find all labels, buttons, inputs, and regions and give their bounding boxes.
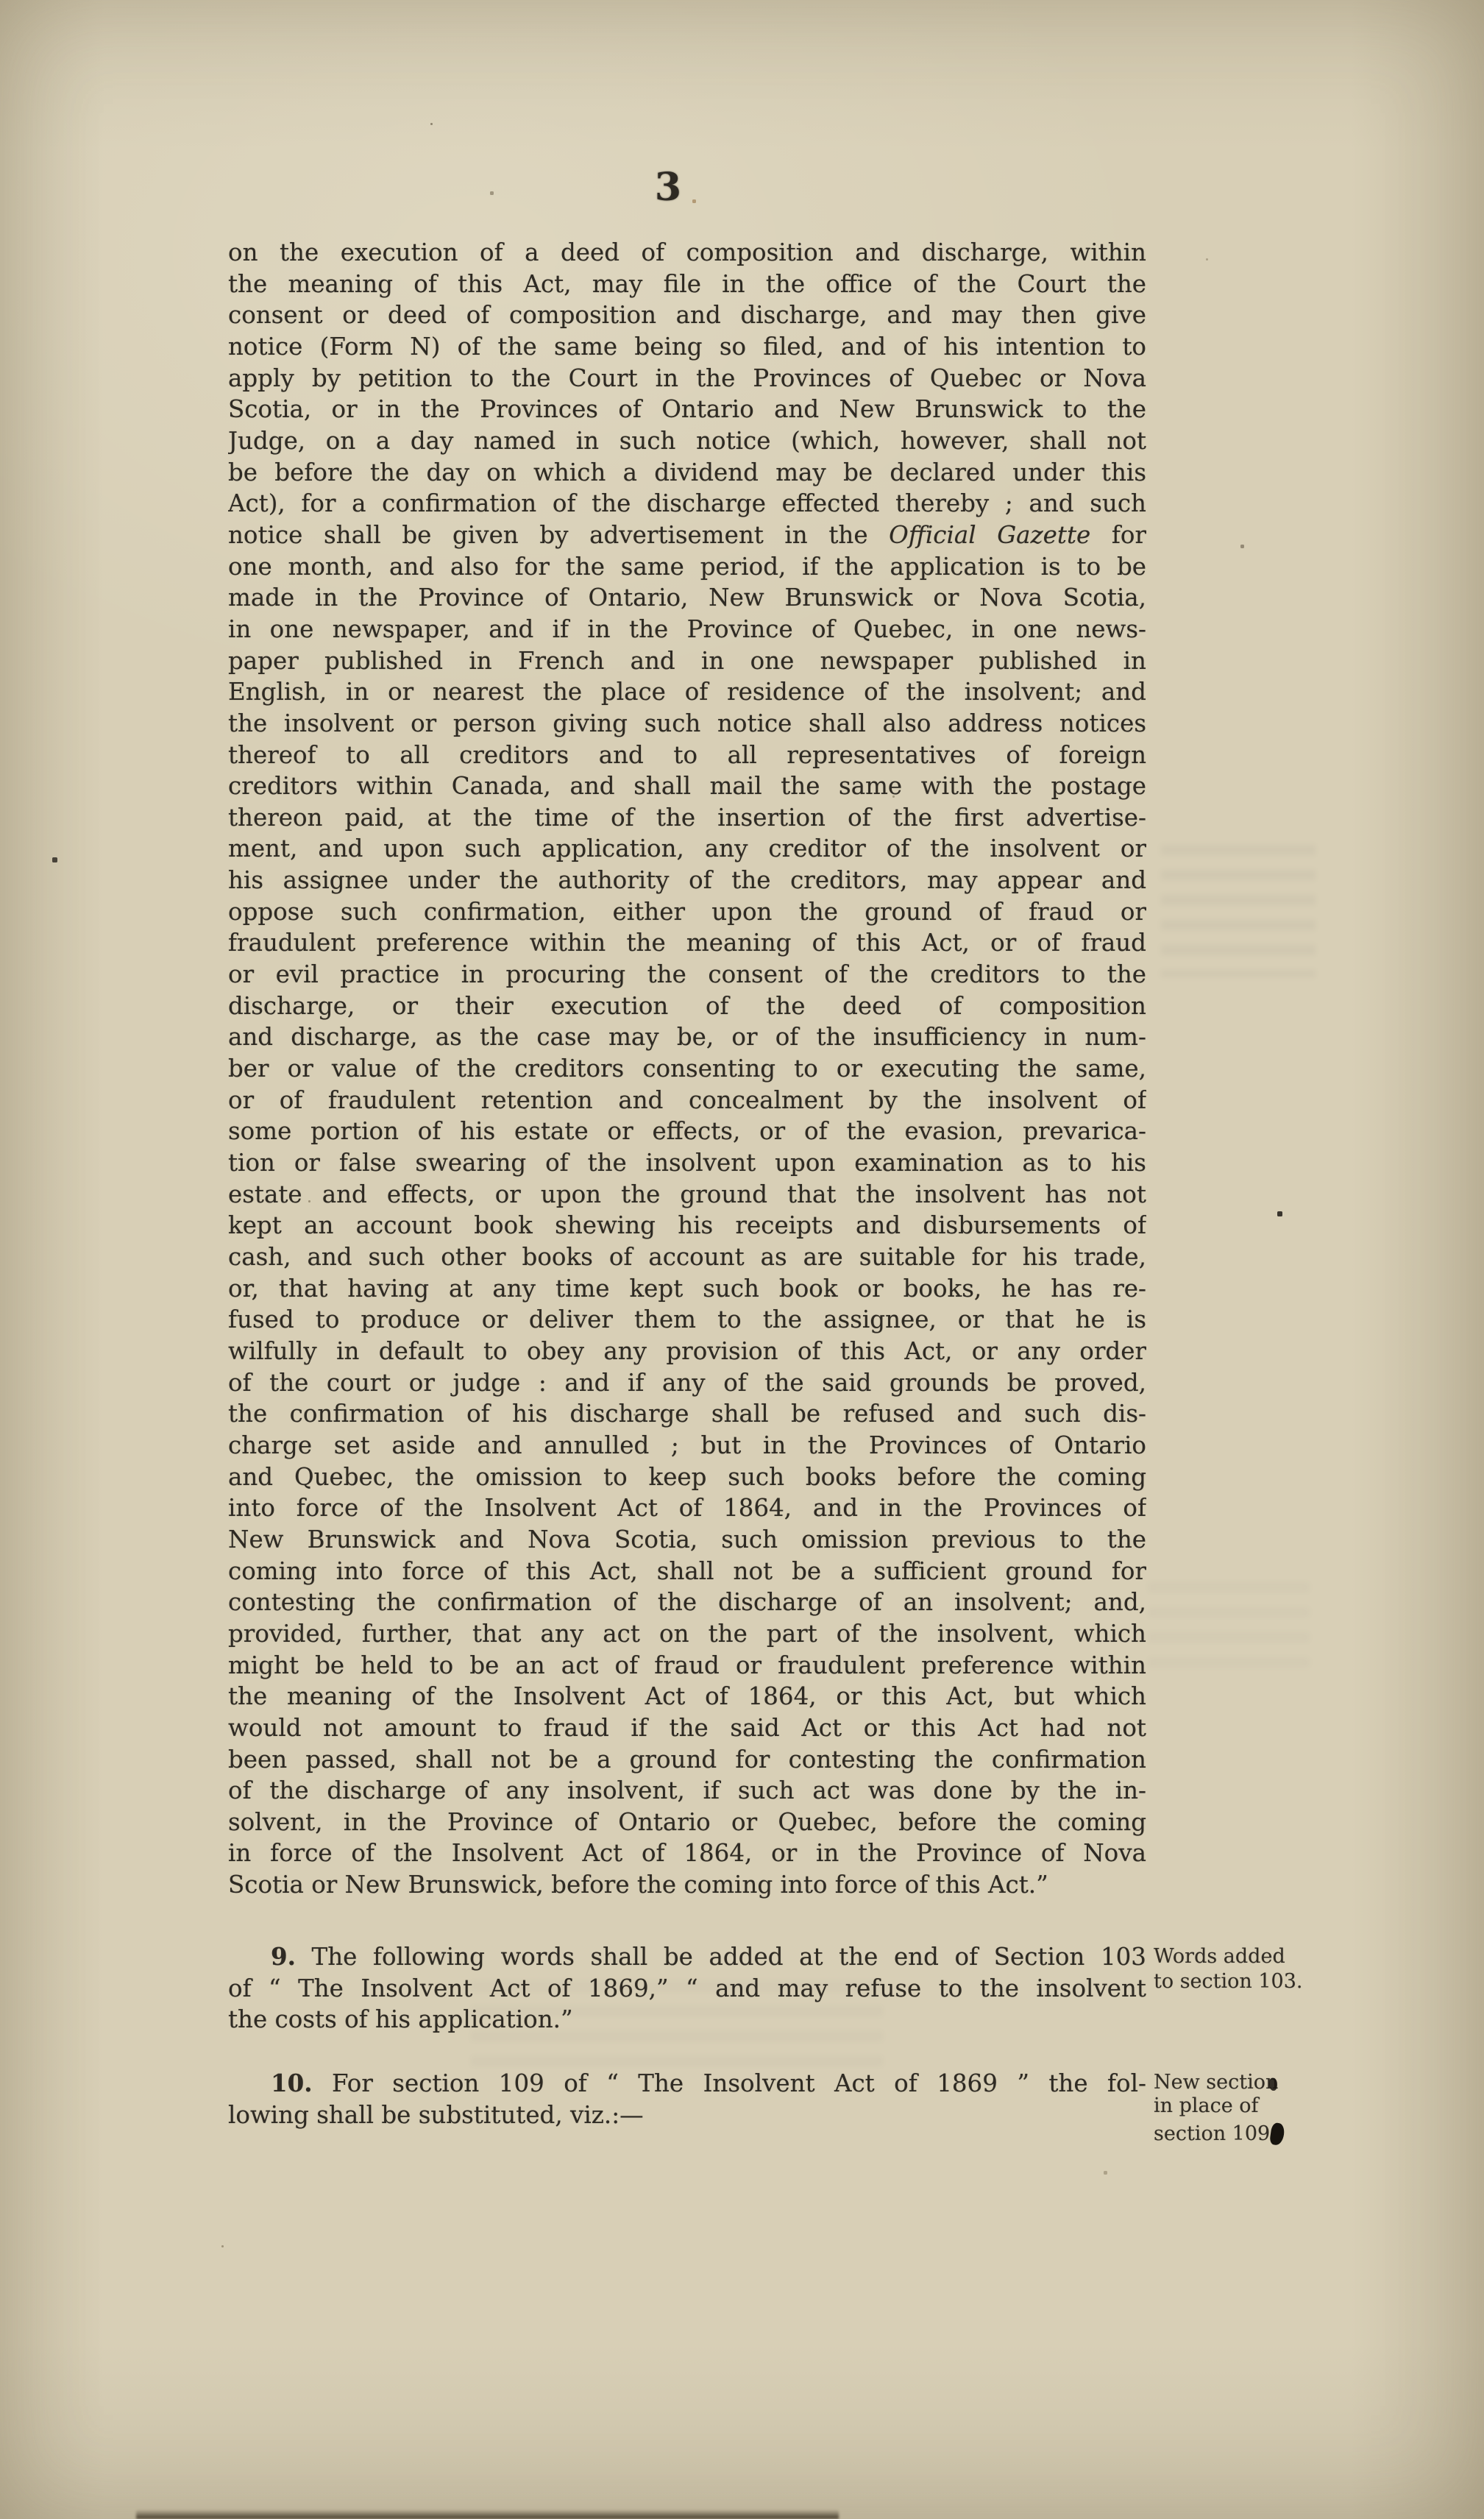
text-line: would not amount to fraud if the said Ac…	[228, 1712, 1146, 1744]
ink-smudge	[1269, 2078, 1277, 2091]
line-text: the meaning of the Insolvent Act of 1864…	[228, 1682, 1146, 1710]
text-line: estate and effects, or upon the ground t…	[228, 1179, 1146, 1211]
text-line: be before the day on which a dividend ma…	[228, 457, 1146, 489]
line-text: tion or false swearing of the insolvent …	[228, 1149, 1146, 1177]
text-line: charge set aside and annulled ; but in t…	[228, 1430, 1146, 1462]
line-text: apply by petition to the Court in the Pr…	[228, 364, 1146, 392]
line-text: oppose such confirmation, either upon th…	[228, 898, 1146, 926]
text-line: Scotia, or in the Provinces of Ontario a…	[228, 394, 1146, 425]
line-text: thereon paid, at the time of the inserti…	[228, 804, 1146, 832]
text-line: contesting the confirmation of the disch…	[228, 1587, 1146, 1618]
line-text: cash, and such other books of account as…	[228, 1243, 1146, 1271]
line-text: or evil practice in procuring the consen…	[228, 960, 1146, 988]
text-line: thereof to all creditors and to all repr…	[228, 740, 1146, 771]
text-line: wilfully in default to obey any provisio…	[228, 1336, 1146, 1367]
line-text: been passed, shall not be a ground for c…	[228, 1746, 1146, 1774]
margin-note-line: section 109	[1154, 2118, 1374, 2146]
line-text: would not amount to fraud if the said Ac…	[228, 1714, 1146, 1742]
quoted-section-body: on the execution of a deed of compositio…	[228, 237, 1146, 1901]
text-line: lowing shall be substituted, viz.:—	[228, 2100, 1146, 2131]
line-text: lowing shall be substituted, viz.:—	[228, 2101, 644, 2129]
text-line: on the execution of a deed of compositio…	[228, 237, 1146, 269]
text-line: in one newspaper, and if in the Province…	[228, 614, 1146, 645]
line-text: charge set aside and annulled ; but in t…	[228, 1431, 1146, 1459]
text-line: one month, and also for the same period,…	[228, 551, 1146, 583]
text-line: might be held to be an act of fraud or f…	[228, 1650, 1146, 1682]
text-line: the meaning of this Act, may file in the…	[228, 269, 1146, 300]
ink-blot	[1269, 2122, 1285, 2146]
margin-note-line: New section	[1154, 2071, 1374, 2094]
line-text: on the execution of a deed of compositio…	[228, 238, 1146, 266]
text-line: New Brunswick and Nova Scotia, such omis…	[228, 1524, 1146, 1556]
margin-note-line: in place of	[1154, 2094, 1374, 2118]
show-through-ghost-text	[1161, 845, 1316, 977]
text-line: 10. For section 109 of “ The Insolvent A…	[228, 2068, 1146, 2100]
text-line: made in the Province of Ontario, New Bru…	[228, 582, 1146, 614]
line-text: fraudulent preference within the meaning…	[228, 929, 1146, 957]
line-text: into force of the Insolvent Act of 1864,…	[228, 1494, 1146, 1522]
show-through-ghost-text	[1148, 1582, 1310, 1671]
line-text: the costs of his application.”	[228, 2005, 573, 2033]
text-line: 15English, in or nearest the place of re…	[228, 676, 1146, 708]
line-text: and Quebec, the omission to keep such bo…	[228, 1463, 1146, 1491]
line-text: of the court or judge : and if any of th…	[228, 1369, 1146, 1397]
line-text: might be held to be an act of fraud or f…	[228, 1651, 1146, 1679]
line-text: the confirmation of his discharge shall …	[228, 1400, 1146, 1428]
line-text: coming into force of this Act, shall not…	[228, 1557, 1146, 1585]
line-text: in force of the Insolvent Act of 1864, o…	[228, 1839, 1146, 1867]
line-text: one month, and also for the same period,…	[228, 553, 1146, 581]
line-text: some portion of his estate or effects, o…	[228, 1117, 1146, 1145]
line-text: contesting the confirmation of the disch…	[228, 1588, 1146, 1616]
text-line: consent or deed of composition and disch…	[228, 300, 1146, 331]
line-text: notice (Form N) of the same being so fil…	[228, 333, 1146, 361]
line-text: kept an account book shewing his receipt…	[228, 1211, 1146, 1239]
page-number: 3	[655, 165, 681, 210]
text-line: the insolvent or person giving such noti…	[228, 708, 1146, 740]
line-text: estate and effects, or upon the ground t…	[228, 1180, 1146, 1208]
text-line: 55of “ The Insolvent Act of 1869,” “ and…	[228, 1973, 1146, 2005]
text-line: been passed, shall not be a ground for c…	[228, 1744, 1146, 1776]
scanned-document-page: { "page_number": "3", "colors": { "paper…	[0, 0, 1484, 2519]
line-text: notice shall be given by advertisement i…	[228, 521, 1146, 549]
text-line: solvent, in the Province of Ontario or Q…	[228, 1807, 1146, 1838]
section-9-paragraph: 9. The following words shall be added at…	[228, 1941, 1146, 2036]
text-line: 35fused to produce or deliver them to th…	[228, 1304, 1146, 1336]
text-line: or evil practice in procuring the consen…	[228, 959, 1146, 991]
text-line: 45provided, further, that any act on the…	[228, 1618, 1146, 1650]
text-line: 25discharge, or their execution of the d…	[228, 991, 1146, 1022]
line-text: creditors within Canada, and shall mail …	[228, 772, 1146, 800]
text-line: 9. The following words shall be added at…	[228, 1941, 1146, 1973]
line-text: be before the day on which a dividend ma…	[228, 458, 1146, 486]
line-text: in one newspaper, and if in the Province…	[228, 615, 1146, 643]
line-text: and discharge, as the case may be, or of…	[228, 1023, 1146, 1051]
text-line: in force of the Insolvent Act of 1864, o…	[228, 1838, 1146, 1869]
text-line: kept an account book shewing his receipt…	[228, 1210, 1146, 1241]
line-text: paper published in French and in one new…	[228, 647, 1146, 675]
line-text: of the discharge of any insolvent, if su…	[228, 1776, 1146, 1804]
text-line: fraudulent preference within the meaning…	[228, 927, 1146, 959]
line-text: fused to produce or deliver them to the …	[228, 1305, 1146, 1333]
text-line: 50of the discharge of any insolvent, if …	[228, 1775, 1146, 1807]
section-10-paragraph: 10. For section 109 of “ The Insolvent A…	[228, 2068, 1146, 2130]
line-text: New Brunswick and Nova Scotia, such omis…	[228, 1526, 1146, 1553]
margin-note-section-109: New section in place of section 109	[1154, 2071, 1374, 2146]
line-text: Act), for a confirmation of the discharg…	[228, 489, 1146, 517]
text-line: thereon paid, at the time of the inserti…	[228, 802, 1146, 834]
text-line: creditors within Canada, and shall mail …	[228, 770, 1146, 802]
line-text: provided, further, that any act on the p…	[228, 1620, 1146, 1648]
line-text: solvent, in the Province of Ontario or Q…	[228, 1808, 1146, 1836]
text-line: 20ment, and upon such application, any c…	[228, 833, 1146, 865]
line-text: English, in or nearest the place of resi…	[228, 678, 1146, 706]
line-text: consent or deed of composition and disch…	[228, 301, 1146, 329]
line-text: ber or value of the creditors consenting…	[228, 1055, 1146, 1083]
text-line: into force of the Insolvent Act of 1864,…	[228, 1492, 1146, 1524]
line-text: of “ The Insolvent Act of 1869,” “ and m…	[228, 1974, 1146, 2002]
text-line: coming into force of this Act, shall not…	[228, 1556, 1146, 1587]
text-line: notice (Form N) of the same being so fil…	[228, 331, 1146, 363]
text-line: paper published in French and in one new…	[228, 645, 1146, 677]
text-line: Scotia or New Brunswick, before the comi…	[228, 1869, 1146, 1901]
margin-note-line: to section 103.	[1154, 1969, 1374, 1994]
line-text: or of fraudulent retention and concealme…	[228, 1086, 1146, 1114]
text-line: cash, and such other books of account as…	[228, 1241, 1146, 1273]
line-text: thereof to all creditors and to all repr…	[228, 741, 1146, 769]
text-line: 30tion or false swearing of the insolven…	[228, 1147, 1146, 1179]
text-line: the costs of his application.”	[228, 2004, 1146, 2036]
text-line: some portion of his estate or effects, o…	[228, 1116, 1146, 1147]
text-line: or of fraudulent retention and concealme…	[228, 1085, 1146, 1116]
line-text: ment, and upon such application, any cre…	[228, 835, 1146, 862]
line-text: discharge, or their execution of the dee…	[228, 992, 1146, 1020]
line-text: the insolvent or person giving such noti…	[228, 709, 1146, 737]
paper-specks	[0, 0, 1, 1]
text-line: of the court or judge : and if any of th…	[228, 1367, 1146, 1399]
line-text: or, that having at any time kept such bo…	[228, 1275, 1146, 1303]
margin-note-line: Words added	[1154, 1944, 1374, 1969]
line-text: Scotia or New Brunswick, before the comi…	[228, 1871, 1048, 1899]
margin-note-section-103: Words added to section 103.	[1154, 1944, 1374, 1994]
text-line: oppose such confirmation, either upon th…	[228, 896, 1146, 928]
text-line: 40and Quebec, the omission to keep such …	[228, 1462, 1146, 1493]
line-text: 9. The following words shall be added at…	[271, 1943, 1146, 1971]
text-line: 10notice shall be given by advertisement…	[228, 520, 1146, 551]
scan-bottom-edge-shadow	[136, 2509, 839, 2519]
line-text: his assignee under the authority of the …	[228, 866, 1146, 894]
text-line: ber or value of the creditors consenting…	[228, 1053, 1146, 1085]
text-line: his assignee under the authority of the …	[228, 865, 1146, 896]
text-line: and discharge, as the case may be, or of…	[228, 1021, 1146, 1053]
line-text: wilfully in default to obey any provisio…	[228, 1337, 1146, 1365]
text-line: 5apply by petition to the Court in the P…	[228, 363, 1146, 394]
text-line: or, that having at any time kept such bo…	[228, 1273, 1146, 1305]
text-line: the confirmation of his discharge shall …	[228, 1398, 1146, 1430]
line-text: made in the Province of Ontario, New Bru…	[228, 584, 1146, 612]
text-line: Judge, on a day named in such notice (wh…	[228, 425, 1146, 457]
line-text: Judge, on a day named in such notice (wh…	[228, 427, 1146, 455]
text-line: the meaning of the Insolvent Act of 1864…	[228, 1681, 1146, 1712]
line-text: 10. For section 109 of “ The Insolvent A…	[271, 2069, 1146, 2097]
text-line: Act), for a confirmation of the discharg…	[228, 488, 1146, 520]
line-text: Scotia, or in the Provinces of Ontario a…	[228, 395, 1146, 423]
line-text: the meaning of this Act, may file in the…	[228, 270, 1146, 298]
